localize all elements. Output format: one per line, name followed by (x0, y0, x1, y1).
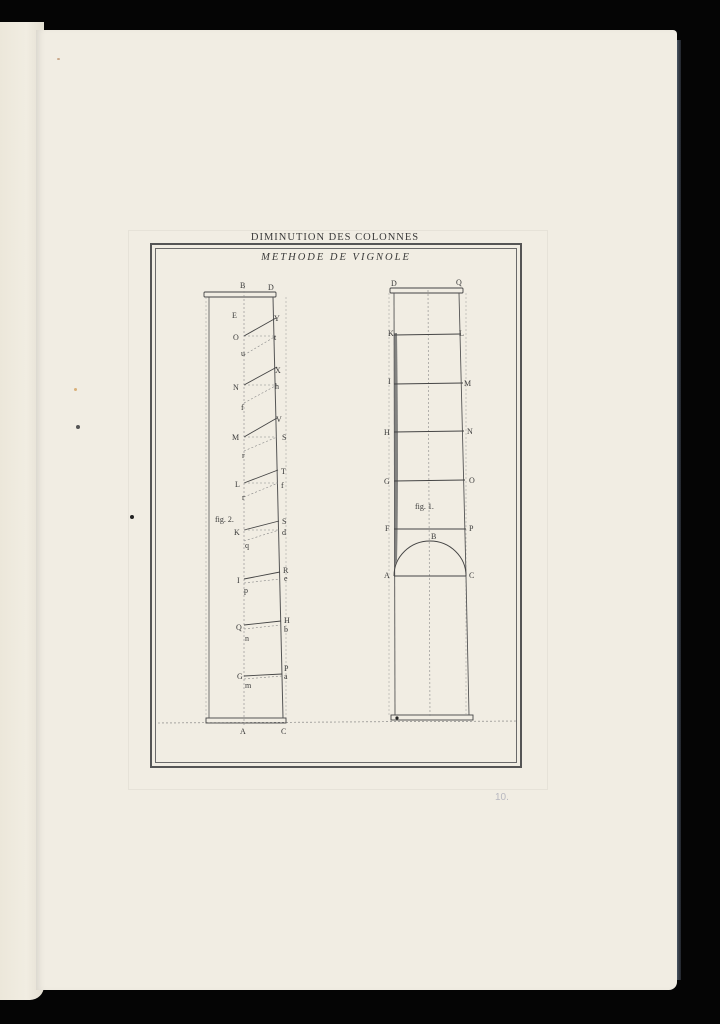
svg-text:r: r (242, 451, 245, 460)
svg-text:C: C (469, 571, 474, 580)
svg-text:N: N (467, 427, 473, 436)
figure-2-caption: fig. 2. (215, 515, 234, 524)
svg-text:K: K (388, 329, 394, 338)
svg-text:B: B (431, 532, 436, 541)
svg-text:E: E (232, 311, 237, 320)
svg-text:a: a (284, 672, 288, 681)
svg-text:A: A (384, 571, 390, 580)
svg-text:S: S (282, 517, 286, 526)
svg-text:p: p (244, 586, 248, 595)
svg-text:b: b (284, 625, 288, 634)
label: D (268, 283, 274, 292)
svg-text:q: q (245, 541, 249, 550)
svg-text:m: m (245, 681, 252, 690)
label: C (281, 727, 286, 736)
svg-text:O: O (233, 333, 239, 342)
svg-text:r: r (242, 493, 245, 502)
svg-text:V: V (276, 415, 282, 424)
svg-text:Y: Y (274, 314, 280, 323)
svg-text:F: F (385, 524, 390, 533)
svg-text:d: d (282, 528, 286, 537)
svg-text:H: H (284, 616, 290, 625)
svg-text:N: N (233, 383, 239, 392)
svg-text:u: u (241, 349, 245, 358)
label: A (240, 727, 246, 736)
svg-text:O: O (469, 476, 475, 485)
svg-text:h: h (275, 382, 279, 391)
svg-text:H: H (384, 428, 390, 437)
svg-text:X: X (275, 366, 281, 375)
svg-text:M: M (232, 433, 239, 442)
svg-text:D: D (391, 279, 397, 288)
figure-2-column: B D A C E O u N f M r L r K q I p Q n G … (204, 281, 290, 736)
svg-text:L: L (235, 480, 240, 489)
label: B (240, 281, 245, 290)
svg-text:G: G (384, 477, 390, 486)
svg-text:f: f (281, 481, 284, 490)
svg-text:Q: Q (236, 623, 242, 632)
svg-text:I: I (237, 576, 240, 585)
page-number: 10. (495, 792, 509, 803)
svg-text:T: T (281, 467, 286, 476)
svg-text:M: M (464, 379, 471, 388)
svg-text:S: S (282, 433, 286, 442)
figure-1-caption: fig. 1. (415, 502, 434, 511)
svg-text:P: P (469, 524, 474, 533)
svg-text:L: L (459, 329, 464, 338)
svg-text:I: I (388, 377, 391, 386)
svg-text:Q: Q (456, 278, 462, 287)
figure-1-column: D Q K I H G F A L M N O P C B fig. 1. (384, 278, 475, 720)
svg-text:t: t (274, 333, 277, 342)
svg-text:n: n (245, 634, 249, 643)
svg-text:G: G (237, 672, 243, 681)
engraving-drawing: B D A C E O u N f M r L r K q I p Q n G … (0, 0, 720, 1024)
svg-text:e: e (284, 574, 288, 583)
svg-text:f: f (241, 403, 244, 412)
svg-text:K: K (234, 528, 240, 537)
